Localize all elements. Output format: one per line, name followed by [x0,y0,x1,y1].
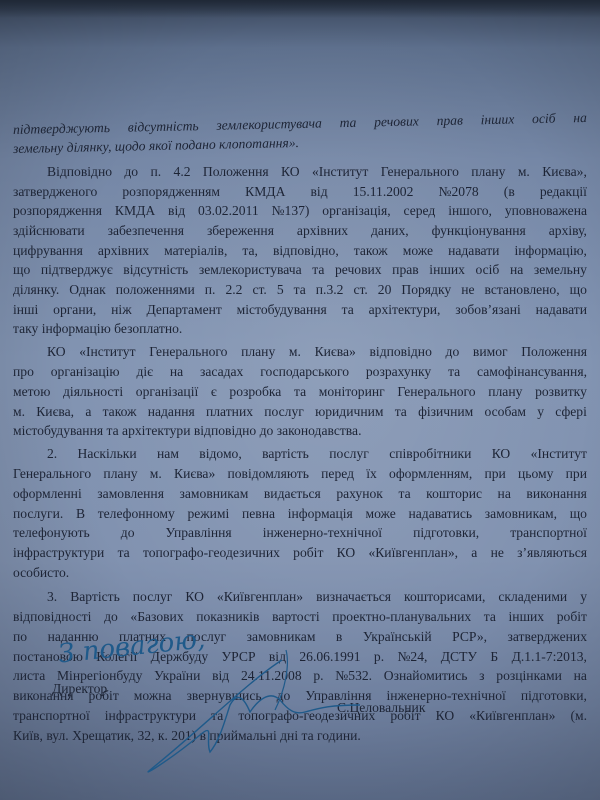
signature-icon [0,0,600,800]
